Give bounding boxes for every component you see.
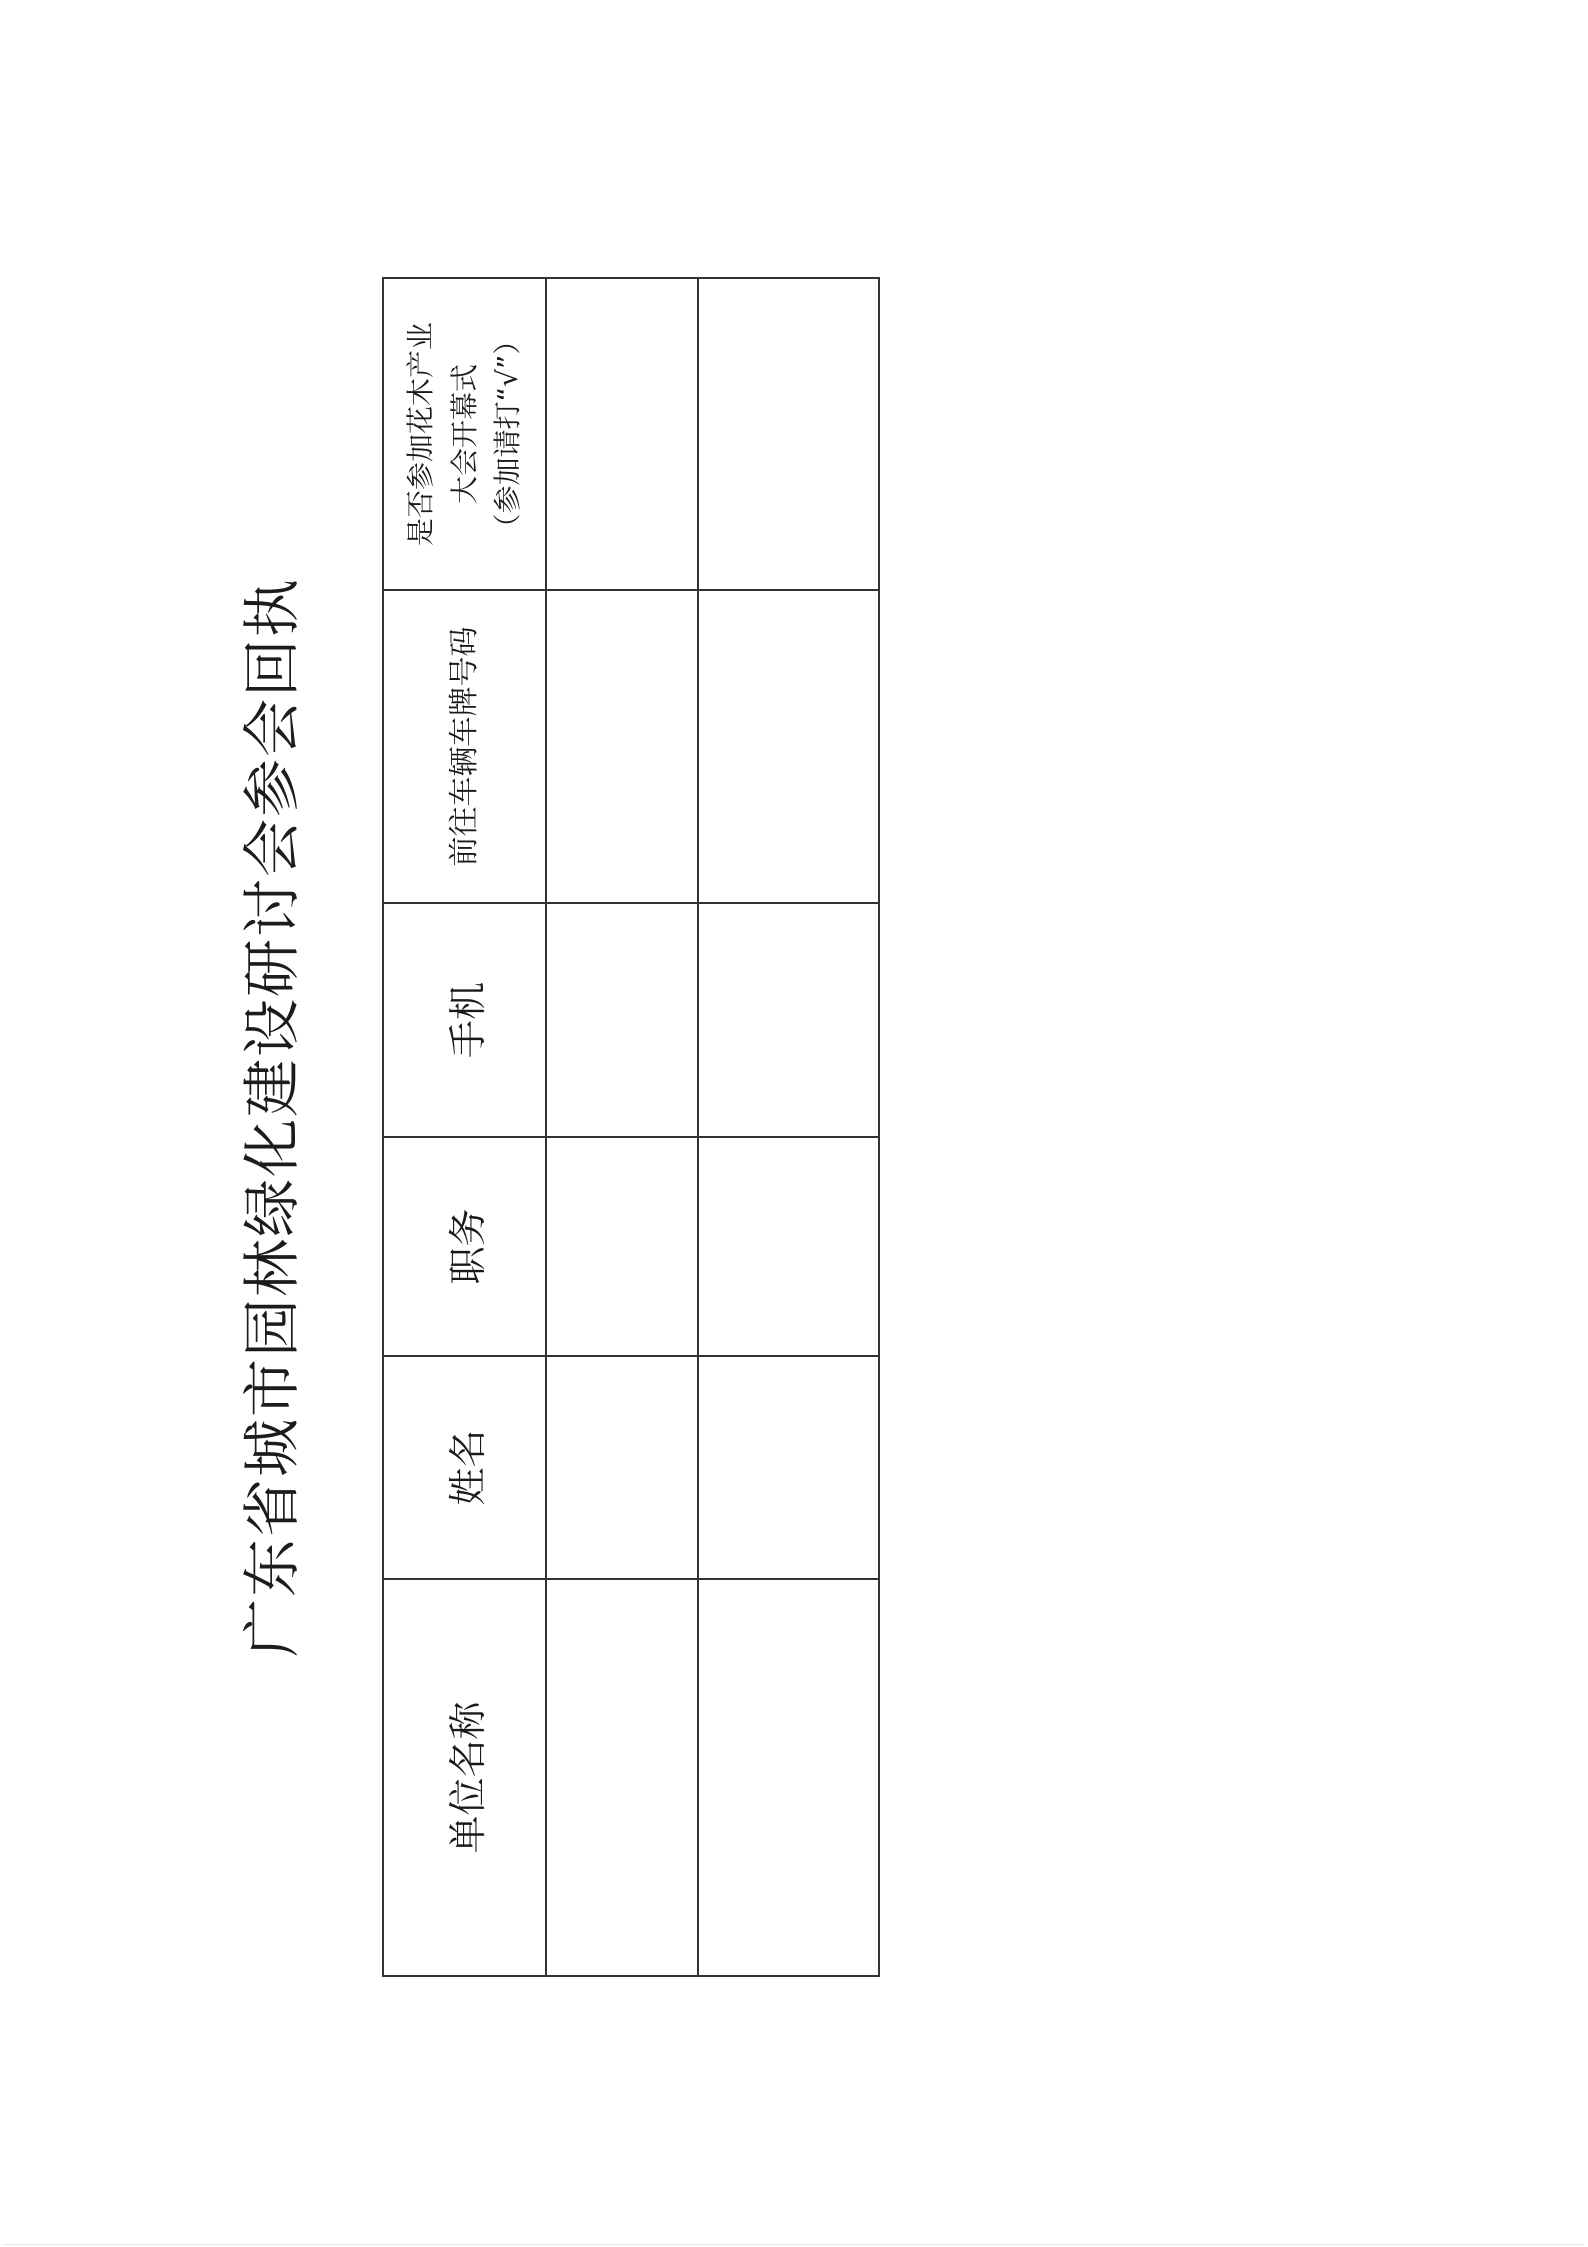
header-unit-name: 单位名称 xyxy=(383,1579,546,1976)
cell-plate[interactable] xyxy=(546,590,698,903)
cell-position[interactable] xyxy=(546,1137,698,1356)
cell-unit[interactable] xyxy=(698,1579,879,1976)
header-attend-line-1: 是否参加花木产业 xyxy=(399,279,442,589)
cell-phone[interactable] xyxy=(546,903,698,1137)
header-vehicle-plate: 前往车辆车牌号码 xyxy=(383,590,546,903)
document-title: 广东省城市园林绿化建设研讨会参会回执 xyxy=(225,577,309,1657)
header-attend-opening: 是否参加花木产业 大会开幕式 （参加请打“√”） xyxy=(383,278,546,590)
header-phone: 手机 xyxy=(383,903,546,1137)
cell-attend[interactable] xyxy=(698,278,879,590)
header-attend-line-2: 大会开幕式 xyxy=(443,279,486,589)
table-row xyxy=(698,278,879,1976)
reply-form-table: 单位名称 姓名 职务 手机 前往车辆车牌号码 是否参加花木产业 大会开幕式 （参… xyxy=(382,279,878,1977)
cell-name[interactable] xyxy=(698,1356,879,1579)
header-attend-line-3: （参加请打“√”） xyxy=(486,279,529,589)
table-header-row: 单位名称 姓名 职务 手机 前往车辆车牌号码 是否参加花木产业 大会开幕式 （参… xyxy=(383,278,546,1976)
header-name: 姓名 xyxy=(383,1356,546,1579)
scan-edge-line xyxy=(4,2244,1584,2245)
table-row xyxy=(546,278,698,1976)
cell-plate[interactable] xyxy=(698,590,879,903)
cell-name[interactable] xyxy=(546,1356,698,1579)
header-position: 职务 xyxy=(383,1137,546,1356)
cell-attend[interactable] xyxy=(546,278,698,590)
cell-unit[interactable] xyxy=(546,1579,698,1976)
cell-phone[interactable] xyxy=(698,903,879,1137)
cell-position[interactable] xyxy=(698,1137,879,1356)
